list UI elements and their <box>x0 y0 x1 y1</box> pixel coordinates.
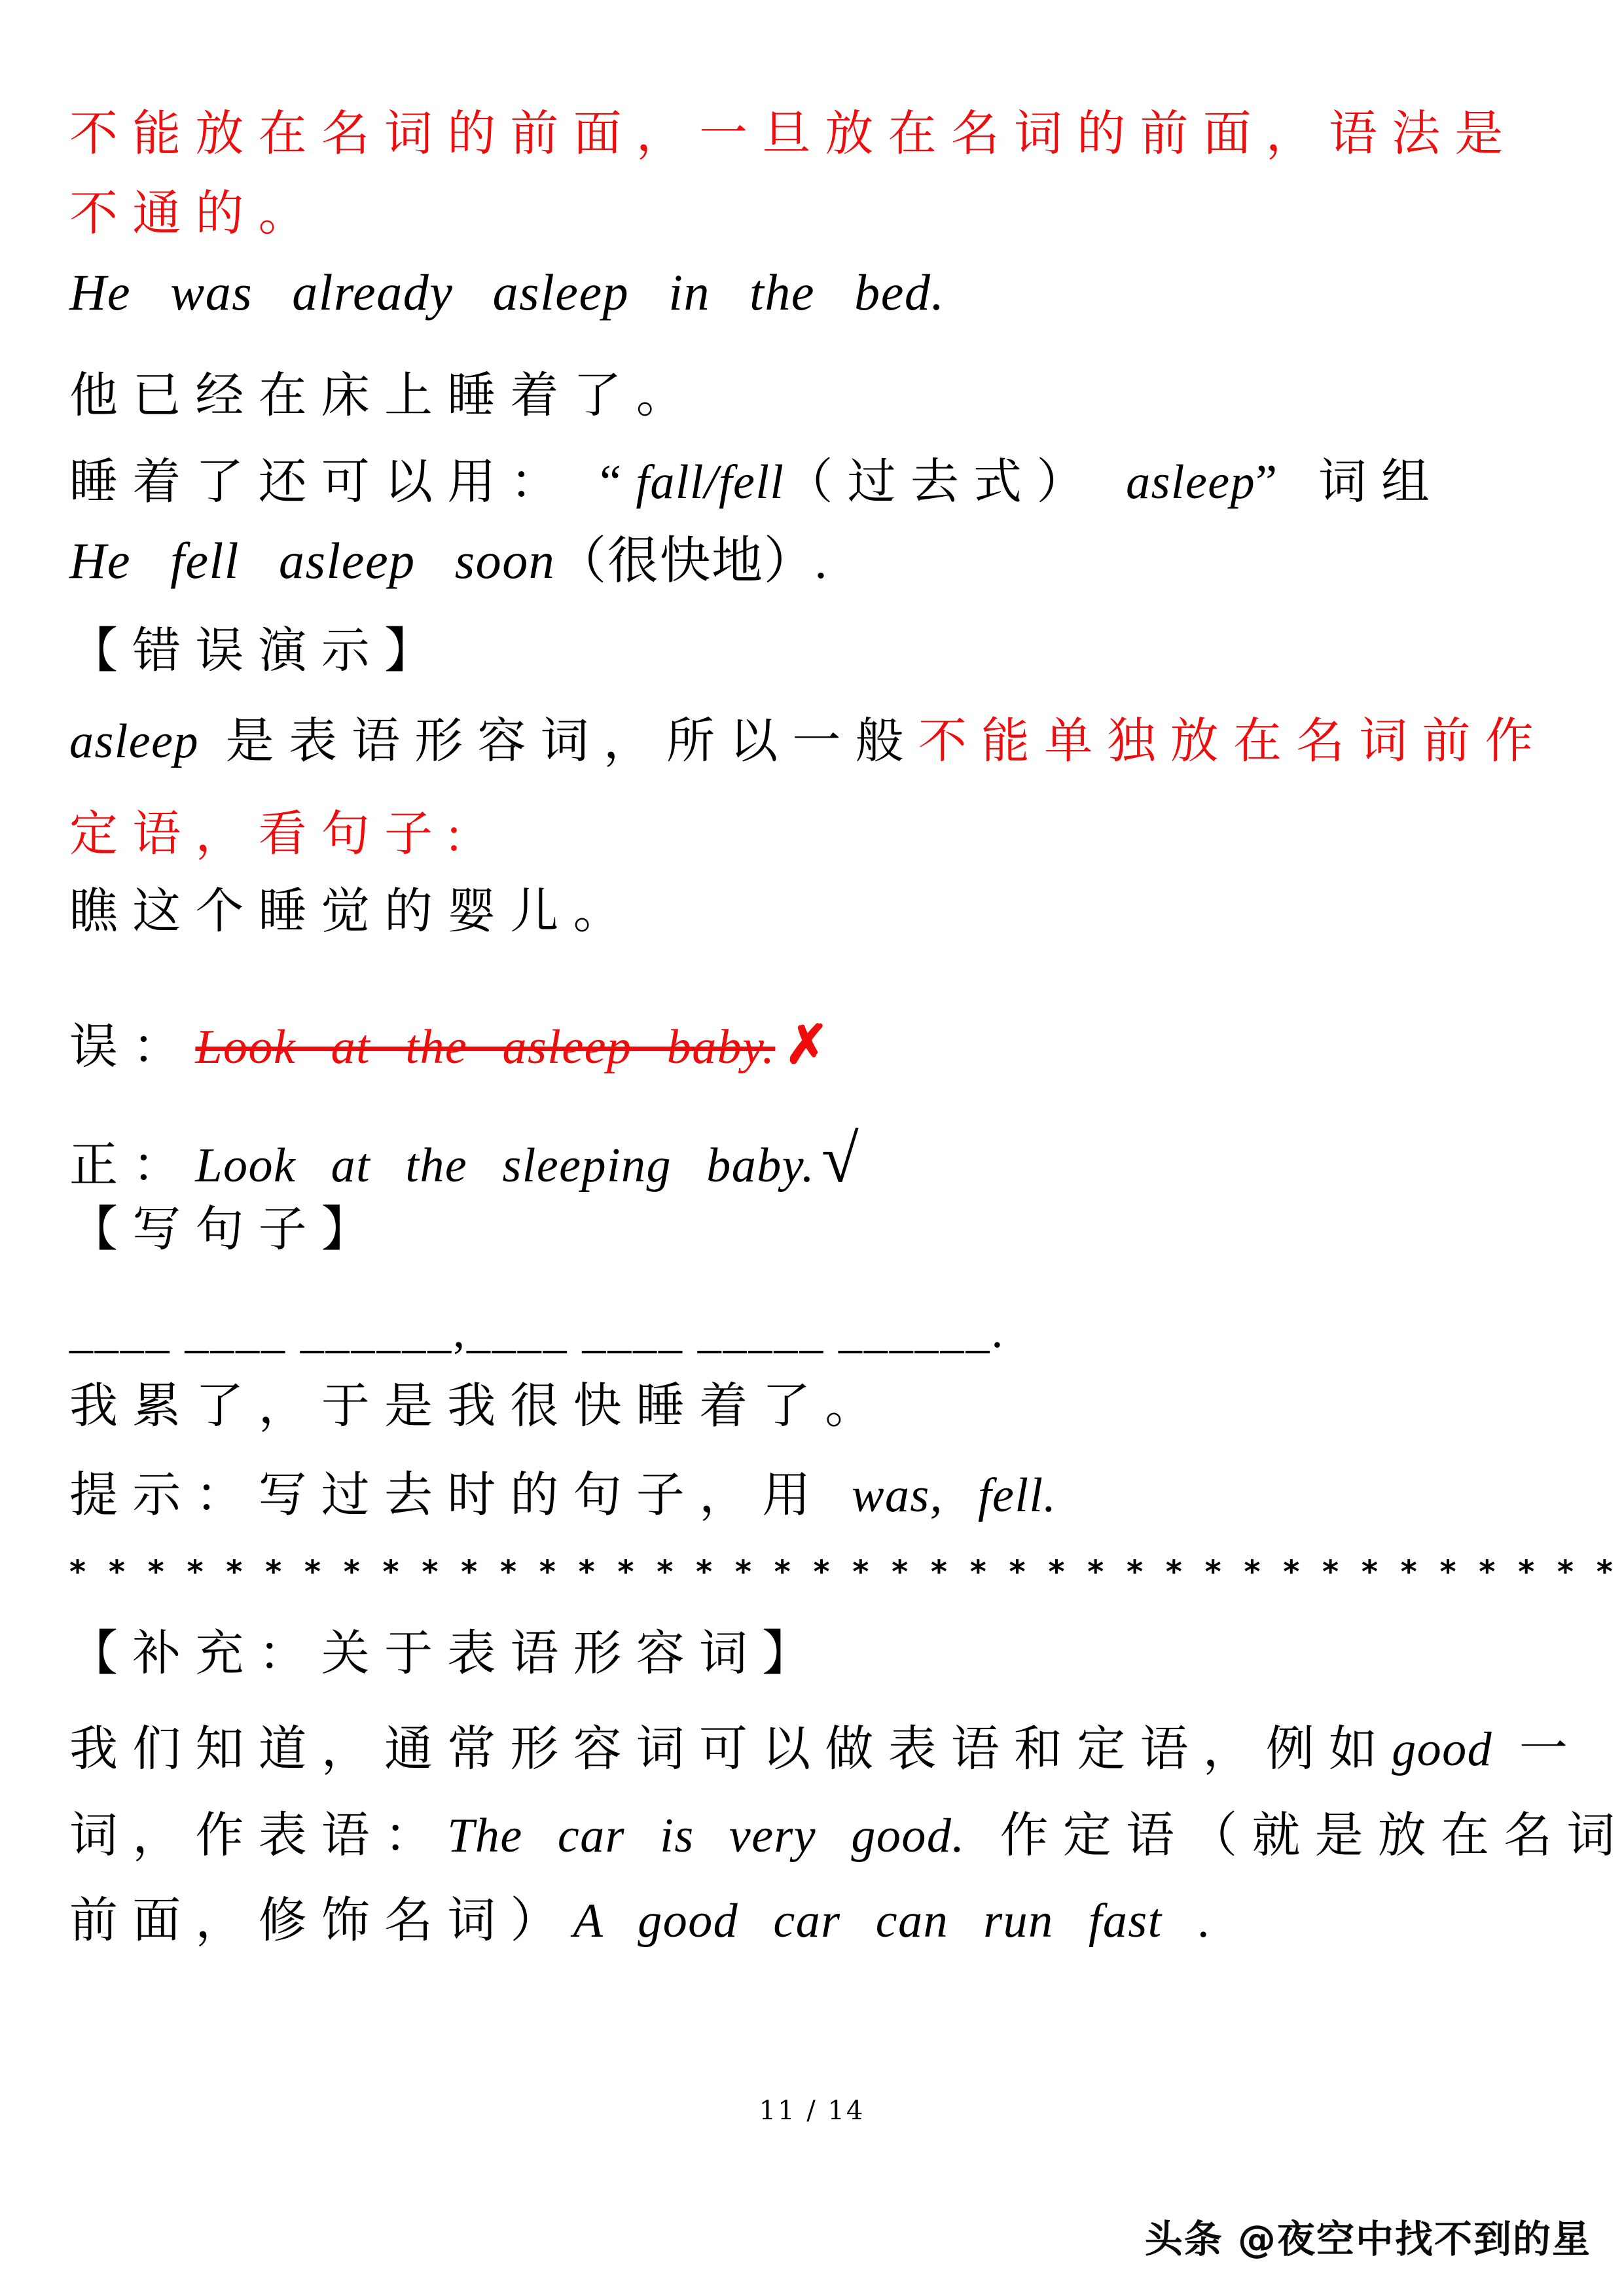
hint-chinese-text: 提示：写过去时的句子，用 <box>69 1469 852 1522</box>
fall-fell-chinese-mid: （过去式） <box>784 456 1126 509</box>
intro-red-line-2: 不通的。 <box>69 190 321 238</box>
supplement-p2-tail: 作定语（就是放在名词 <box>1000 1809 1624 1863</box>
asterisk-divider: * * * * * * * * * * * * * * * * * * * * … <box>69 1556 1624 1588</box>
right-label: 正： <box>69 1139 195 1193</box>
asleep-rule-english-word: asleep <box>69 715 199 768</box>
fill-in-blanks-line: ____ ____ ______,____ ____ _____ ______. <box>69 1308 1005 1355</box>
asleep-rule-black-text: 是表语形容词，所以一般 <box>199 715 918 768</box>
supplement-title: 【补充：关于表语形容词】 <box>69 1630 825 1678</box>
asleep-rule-line: asleep 是表语形容词，所以一般不能单独放在名词前作 <box>69 717 1548 766</box>
supplement-paragraph-line-3: 前面，修饰名词）A good car can run fast . <box>69 1897 1224 1945</box>
supplement-p1-chinese: 我们知道，通常形容词可以做表语和定语，例如 <box>69 1723 1392 1776</box>
supplement-p3-chinese: 前面，修饰名词） <box>69 1894 573 1948</box>
supplement-p2-english: The car is very good. <box>447 1809 1000 1863</box>
supplement-paragraph-line-2: 词，作表语：The car is very good. 作定语（就是放在名词 <box>69 1812 1624 1860</box>
check-mark-icon: √ <box>815 1122 873 1196</box>
cross-mark-icon: ✗ <box>775 1015 843 1075</box>
look-chinese-sentence: 瞧这个睡觉的婴儿。 <box>69 888 636 936</box>
supplement-p1-tail: 一 <box>1492 1723 1582 1776</box>
example2-chinese-paren: （很快地） <box>555 532 816 589</box>
asleep-english-word: asleep <box>1126 456 1255 509</box>
supplement-p2-chinese: 词，作表语： <box>69 1809 447 1863</box>
wrong-label: 误： <box>69 1020 195 1074</box>
example1-chinese-translation: 他已经在床上睡着了。 <box>69 372 699 420</box>
document-page: 不能放在名词的前面，一旦放在名词的前面，语法是 不通的。 He was alre… <box>0 0 1624 2296</box>
write-sentence-title: 【写句子】 <box>69 1206 384 1254</box>
right-example-line: 正：Look at the sleeping baby.√ <box>69 1126 873 1194</box>
asleep-rule-red-text: 不能单独放在名词前作 <box>918 715 1548 768</box>
example2-english-lead: He fell asleep soon <box>69 532 555 589</box>
supplement-p3-period: . <box>1197 1894 1224 1948</box>
asleep-rule-red-continuation: 定语，看句子: <box>69 810 475 859</box>
hint-english-words: was, fell. <box>852 1469 1056 1522</box>
right-sentence: Look at the sleeping baby. <box>195 1139 815 1193</box>
fall-fell-chinese-tail: ” 词组 <box>1255 456 1444 509</box>
hint-line: 提示：写过去时的句子，用 was, fell. <box>69 1471 1056 1520</box>
error-demo-title: 【错误演示】 <box>69 627 447 675</box>
page-number: 11 / 14 <box>0 2096 1624 2126</box>
fall-fell-note-line: 睡着了还可以用： “fall/fell（过去式） asleep” 词组 <box>69 458 1444 507</box>
fall-fell-english-word: fall/fell <box>636 456 784 509</box>
wrong-sentence-strikethrough: Look at the asleep baby. <box>195 1020 775 1074</box>
intro-red-line-1: 不能放在名词的前面，一旦放在名词的前面，语法是 <box>69 110 1518 158</box>
example2-period: . <box>816 532 829 589</box>
supplement-p3-english: A good car can run fast <box>573 1894 1197 1948</box>
watermark-text: 头条 @夜空中找不到的星 <box>1145 2208 1591 2263</box>
wrong-example-line: 误：Look at the asleep baby.✗ <box>69 1018 844 1071</box>
write-sentence-chinese: 我累了，于是我很快睡着了。 <box>69 1382 888 1431</box>
supplement-paragraph-line-1: 我们知道，通常形容词可以做表语和定语，例如good 一 <box>69 1725 1582 1774</box>
supplement-p1-english: good <box>1392 1723 1492 1776</box>
fall-fell-chinese-lead: 睡着了还可以用： “ <box>69 456 636 509</box>
example2-english-sentence: He fell asleep soon（很快地）. <box>69 535 829 586</box>
example1-english-sentence: He was already asleep in the bed. <box>69 267 945 318</box>
